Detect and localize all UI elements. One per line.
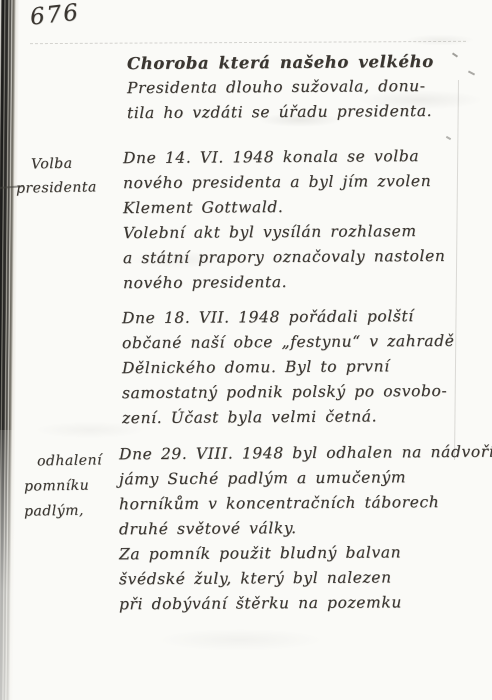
- handwritten-line: Choroba která našeho velkého: [127, 49, 434, 76]
- ink-speck: [446, 136, 451, 140]
- margin-label-line: padlým,: [24, 498, 102, 524]
- margin-label-line: presidenta: [16, 175, 97, 200]
- scanned-chronicle-page: 676 Choroba která našeho velkého Preside…: [0, 0, 492, 700]
- margin-label-line: Volba: [16, 151, 97, 176]
- faint-ruled-line: [30, 41, 466, 44]
- ink-speck: [452, 52, 458, 57]
- handwritten-line: Dělnického domu. Byl to první: [122, 354, 455, 381]
- handwritten-line: občané naší obce „festynu“ v zahradě: [122, 329, 455, 356]
- handwritten-line: druhé světové války.: [119, 515, 492, 543]
- ink-speck: [468, 70, 475, 75]
- handwritten-line: a státní prapory označovaly nastolen: [123, 244, 446, 271]
- handwritten-line: zení. Účast byla velmi četná.: [122, 404, 455, 431]
- margin-label-volba-presidenta: Volba presidenta: [16, 152, 97, 200]
- handwritten-line: švédské žuly, který byl nalezen: [119, 565, 492, 593]
- page-edge-shadow: [454, 80, 459, 460]
- paragraph-monument-unveiling: Dne 29. VIII. 1948 byl odhalen na nádvoř…: [119, 441, 492, 616]
- margin-label-odhaleni-pomniku: odhalení pomníku padlým,: [24, 449, 102, 524]
- handwritten-line: při dobývání štěrku na pozemku: [119, 590, 492, 618]
- page-number: 676: [29, 0, 81, 31]
- handwritten-line: Volební akt byl vysílán rozhlasem: [123, 219, 446, 246]
- handwritten-line: Dne 29. VIII. 1948 byl odhalen na nádvoř…: [119, 440, 492, 468]
- margin-label-line: pomníku: [24, 473, 102, 499]
- handwritten-line: jámy Suché padlým a umučeným: [119, 465, 492, 493]
- handwritten-line: nového presidenta a byl jím zvolen: [123, 169, 446, 196]
- handwritten-line: horníkům v koncentračních táborech: [119, 490, 492, 518]
- handwritten-line: Za pomník použit bludný balvan: [119, 540, 492, 568]
- margin-label-line: odhalení: [24, 448, 102, 474]
- handwritten-line: tila ho vzdáti se úřadu presidenta.: [127, 99, 434, 126]
- handwritten-line: Dne 14. VI. 1948 konala se volba: [123, 144, 446, 171]
- binding-fade: [0, 430, 22, 700]
- handwritten-line: samostatný podnik polský po osvobo-: [122, 379, 455, 406]
- paragraph-president-illness: Choroba která našeho velkého Presidenta …: [127, 50, 434, 125]
- paragraph-president-election: Dne 14. VI. 1948 konala se volba nového …: [123, 145, 445, 295]
- paragraph-polish-festyn: Dne 18. VII. 1948 pořádali polští občané…: [122, 305, 454, 430]
- handwritten-line: Presidenta dlouho sužovala, donu-: [127, 74, 434, 101]
- handwritten-line: Klement Gottwald.: [123, 194, 446, 221]
- handwritten-line: Dne 18. VII. 1948 pořádali polští: [122, 304, 455, 331]
- handwritten-line: nového presidenta.: [123, 269, 446, 296]
